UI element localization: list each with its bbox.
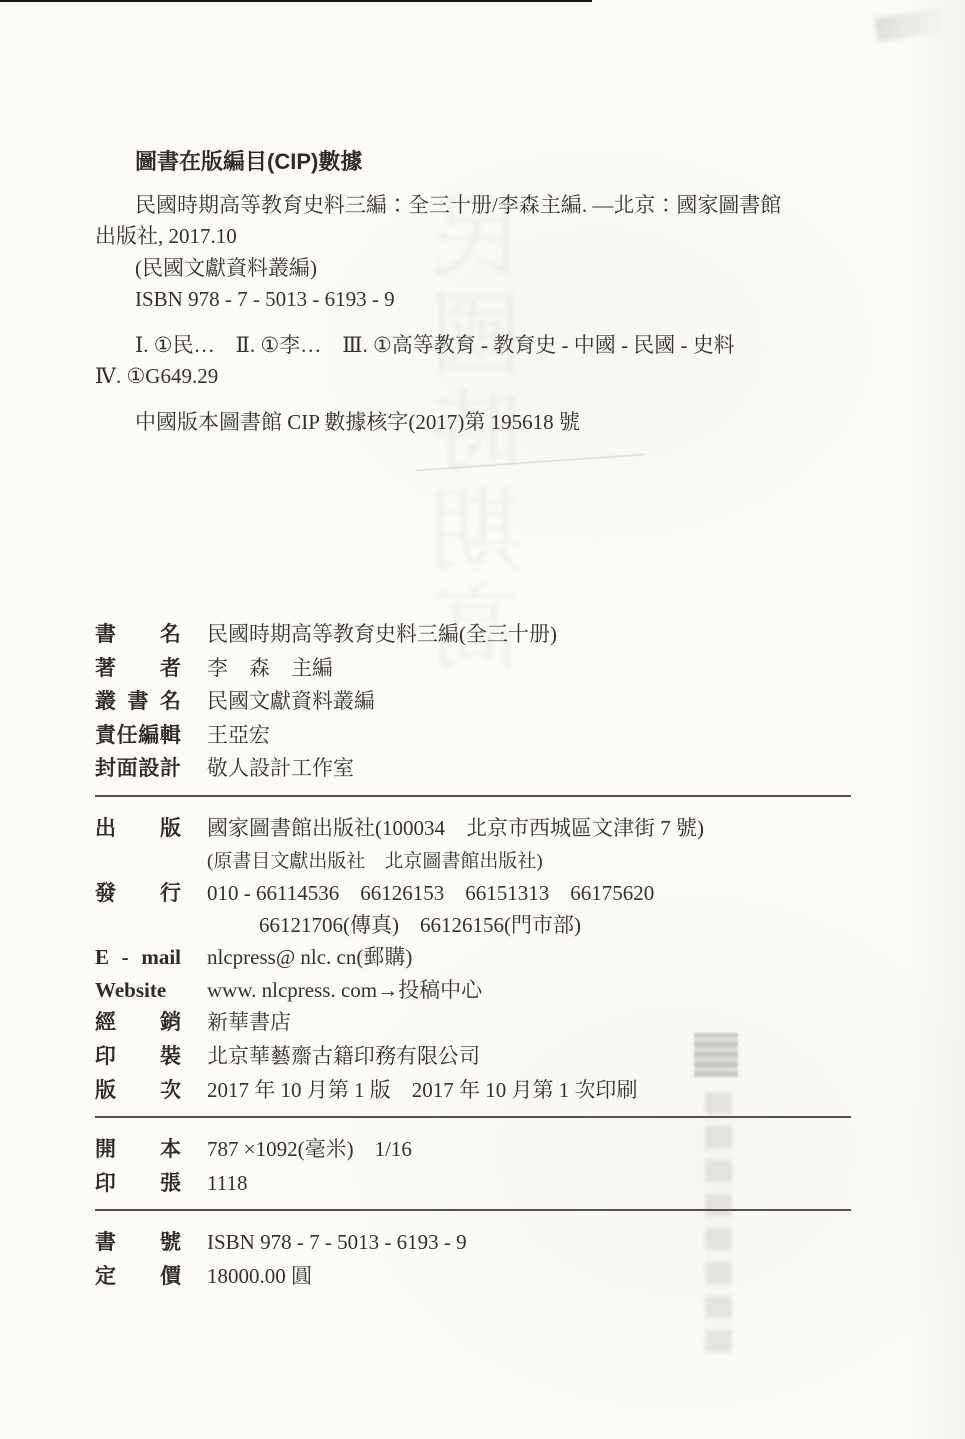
cip-line: 出版社, 2017.10 bbox=[95, 221, 851, 252]
row-value: 敬人設計工作室 bbox=[207, 752, 851, 785]
table-row-website: Website www. nlcpress. com→投稿中心 bbox=[95, 974, 851, 1007]
scan-top-edge-line bbox=[0, 0, 592, 2]
row-value: 1118 bbox=[207, 1167, 851, 1200]
row-value: 北京華藝齋古籍印務有限公司 bbox=[207, 1040, 851, 1073]
paper-crease bbox=[415, 454, 645, 471]
cip-line-series: (民國文獻資料叢編) bbox=[95, 253, 851, 284]
colophon-table: 書名 民國時期高等教育史料三編(全三十册) 著者 李 森 主編 叢書名 民國文獻… bbox=[95, 618, 851, 1294]
price-value: 18000.00 圓 bbox=[207, 1260, 851, 1293]
scan-corner-smudge bbox=[875, 8, 944, 42]
row-subvalue-former-publishers: (原書目文獻出版社 北京圖書館出版社) bbox=[95, 846, 851, 877]
cip-heading: 圖書在版編目(CIP)數據 bbox=[95, 146, 851, 177]
table-row-series-title: 叢書名 民國文獻資料叢編 bbox=[95, 685, 851, 719]
isbn-value: ISBN 978 - 7 - 5013 - 6193 - 9 bbox=[207, 1226, 851, 1259]
row-label: 叢書名 bbox=[95, 686, 181, 719]
row-label: 責任編輯 bbox=[95, 720, 181, 753]
cip-line-isbn: ISBN 978 - 7 - 5013 - 6193 - 9 bbox=[95, 284, 851, 315]
row-subvalue-fax-store-phones: 66121706(傳真) 66126156(門市部) bbox=[95, 910, 851, 941]
row-label: 經銷 bbox=[95, 1007, 181, 1040]
website-value: www. nlcpress. com→投稿中心 bbox=[207, 974, 851, 1007]
cip-line-classification: Ⅳ. ①G649.29 bbox=[95, 361, 851, 392]
row-value: 國家圖書館出版社(100034 北京市西城區文津街 7 號) bbox=[207, 812, 851, 845]
table-row-cover-design: 封面設計 敬人設計工作室 bbox=[95, 752, 851, 786]
row-value: 王亞宏 bbox=[207, 719, 851, 752]
row-label: E - mail bbox=[95, 941, 181, 974]
table-row-distribution-phones: 發行 010 - 66114536 66126153 66151313 6617… bbox=[95, 877, 851, 911]
cip-line-classification: Ⅰ. ①民… Ⅱ. ①李… Ⅲ. ①高等教育 - 教育史 - 中國 - 民國 -… bbox=[95, 330, 851, 361]
cip-line: 民國時期高等教育史料三編：全三十册/李森主編. —北京：國家圖書館 bbox=[95, 190, 851, 221]
table-row-email: E - mail nlcpress@ nlc. cn(郵購) bbox=[95, 941, 851, 974]
row-label: 發行 bbox=[95, 878, 181, 911]
table-row-author: 著者 李 森 主編 bbox=[95, 652, 851, 686]
cip-block: 圖書在版編目(CIP)數據 民國時期高等教育史料三編：全三十册/李森主編. —北… bbox=[95, 146, 851, 439]
table-row-publisher: 出版 國家圖書館出版社(100034 北京市西城區文津街 7 號) bbox=[95, 812, 851, 846]
row-label: 著者 bbox=[95, 653, 181, 686]
row-label: 定價 bbox=[95, 1261, 181, 1294]
table-row-printer: 印裝 北京華藝齋古籍印務有限公司 bbox=[95, 1040, 851, 1074]
table-row-price: 定價 18000.00 圓 bbox=[95, 1260, 851, 1294]
format-section: 開本 787 ×1092(毫米) 1/16 印張 1118 bbox=[95, 1118, 851, 1200]
cip-line-record-number: 中國版本圖書館 CIP 數據核字(2017)第 195618 號 bbox=[95, 407, 851, 438]
row-value: 2017 年 10 月第 1 版 2017 年 10 月第 1 次印刷 bbox=[207, 1074, 851, 1107]
row-label: 印張 bbox=[95, 1168, 181, 1201]
row-label: 封面設計 bbox=[95, 753, 181, 786]
row-label: Website bbox=[95, 974, 181, 1007]
row-label: 書號 bbox=[95, 1227, 181, 1260]
publisher-section: 出版 國家圖書館出版社(100034 北京市西城區文津街 7 號) (原書目文獻… bbox=[95, 797, 851, 1107]
table-row-isbn: 書號 ISBN 978 - 7 - 5013 - 6193 - 9 bbox=[95, 1226, 851, 1260]
scanned-colophon-page: 民國時期高等教育史料三編 圖書在版編目(CIP)數據 民國時期高等教育史料三編：… bbox=[0, 0, 965, 1439]
table-row-edition: 版次 2017 年 10 月第 1 版 2017 年 10 月第 1 次印刷 bbox=[95, 1074, 851, 1108]
table-row-distributor: 經銷 新華書店 bbox=[95, 1006, 851, 1040]
row-value: 民國時期高等教育史料三編(全三十册) bbox=[207, 618, 851, 651]
row-label: 印裝 bbox=[95, 1041, 181, 1074]
row-value: 787 ×1092(毫米) 1/16 bbox=[207, 1133, 851, 1166]
row-value: 新華書店 bbox=[207, 1006, 851, 1039]
table-row-format: 開本 787 ×1092(毫米) 1/16 bbox=[95, 1133, 851, 1167]
row-label: 書名 bbox=[95, 619, 181, 652]
row-label: 版次 bbox=[95, 1075, 181, 1108]
email-value: nlcpress@ nlc. cn(郵購) bbox=[207, 941, 851, 974]
table-row-editor: 責任編輯 王亞宏 bbox=[95, 719, 851, 753]
row-label: 出版 bbox=[95, 813, 181, 846]
table-row-sheets: 印張 1118 bbox=[95, 1167, 851, 1201]
isbn-price-section: 書號 ISBN 978 - 7 - 5013 - 6193 - 9 定價 180… bbox=[95, 1211, 851, 1293]
table-row-book-title: 書名 民國時期高等教育史料三編(全三十册) bbox=[95, 618, 851, 652]
row-label: 開本 bbox=[95, 1134, 181, 1167]
row-value: 李 森 主編 bbox=[207, 652, 851, 685]
row-value: 民國文獻資料叢編 bbox=[207, 685, 851, 718]
row-value: 010 - 66114536 66126153 66151313 6617562… bbox=[207, 877, 851, 910]
